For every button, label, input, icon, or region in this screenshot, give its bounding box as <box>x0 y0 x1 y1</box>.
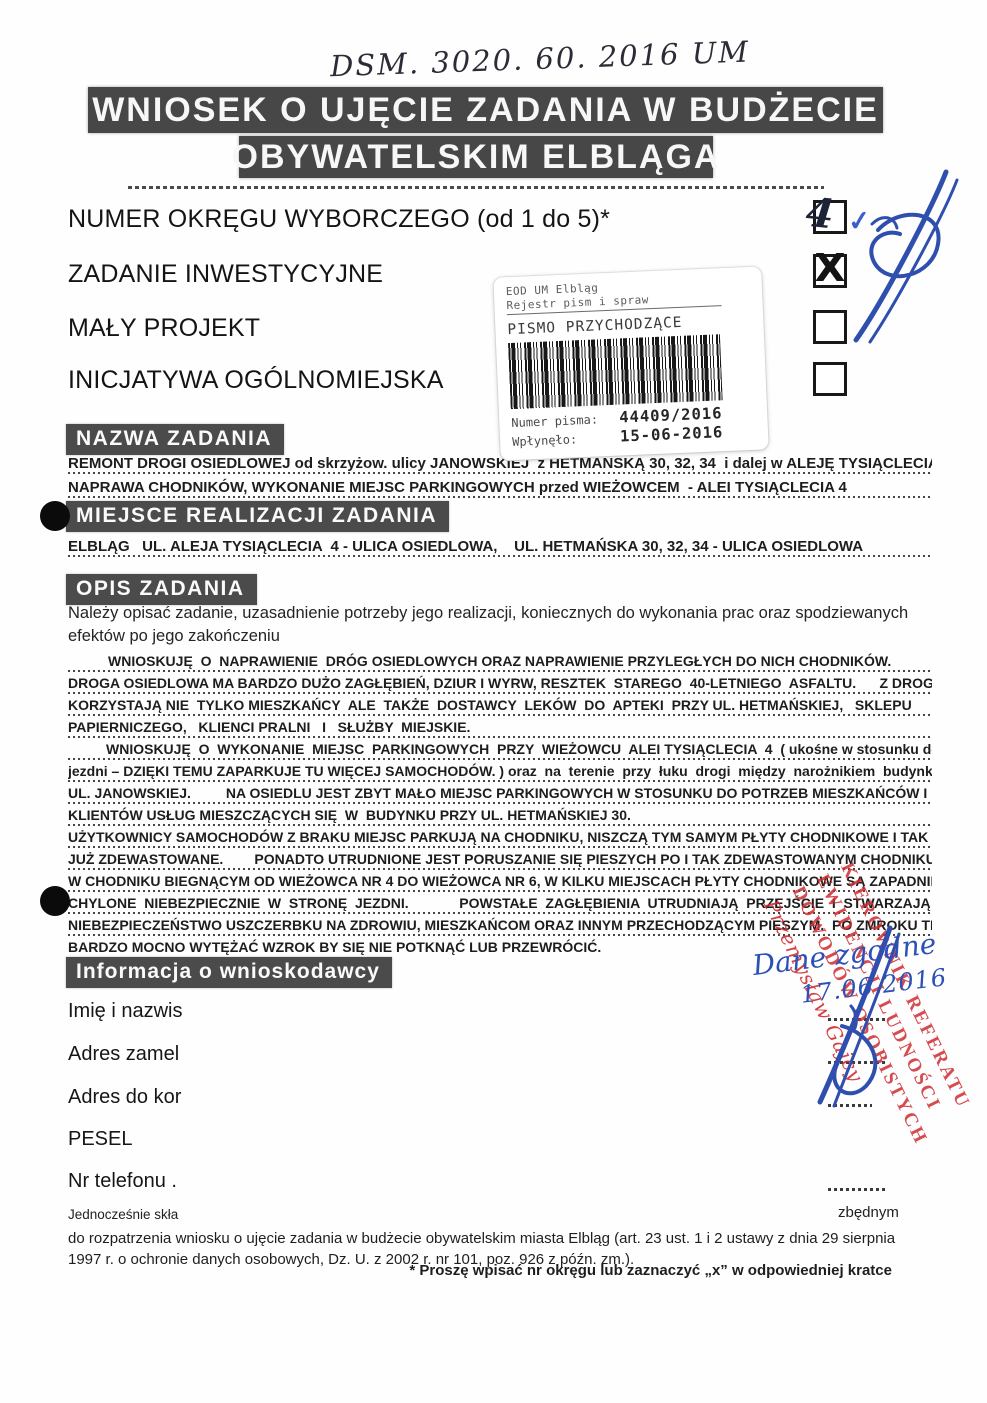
hole-punch-dot <box>40 501 70 531</box>
section-header-opis-zadania: OPIS ZADANIA <box>66 574 257 605</box>
footer-footnote: * Proszę wpisać nr okręgu lub zaznaczyć … <box>300 1262 892 1279</box>
title-separator-line <box>128 186 824 189</box>
opis-hint-line1: Należy opisać zadanie, uzasadnienie potr… <box>68 604 932 623</box>
registration-sticker: EOD UM Elbląg Rejestr pism i spraw PISMO… <box>493 266 768 460</box>
field-label-nr-telefonu: Nr telefonu . <box>68 1170 177 1193</box>
opis-line: JUŻ ZDEWASTOWANE. PONADTO UTRUDNIONE JES… <box>68 849 932 870</box>
field-label-adres-zameldowania: Adres zamel <box>68 1043 179 1066</box>
checkbox-x-mark: X <box>812 248 848 288</box>
section-header-nazwa-zadania: NAZWA ZADANIA <box>66 424 284 455</box>
form-title-line2: OBYWATELSKIM ELBLĄGA <box>239 136 713 178</box>
opis-hint-line2: efektów po jego zakończeniu <box>68 627 932 646</box>
blue-check-mark-icon: ✓ <box>846 205 872 238</box>
opis-line: PAPIERNICZEGO, KLIENCI PRALNI I SŁUŻBY M… <box>68 717 932 738</box>
nazwa-line: NAPRAWA CHODNIKÓW, WYKONANIE MIEJSC PARK… <box>68 477 932 498</box>
opis-line: WNIOSKUJĘ O NAPRAWIENIE DRÓG OSIEDLOWYCH… <box>68 651 932 672</box>
sticker-wplynelo-value: 15-06-2016 <box>620 423 724 445</box>
option-label-maly-projekt: MAŁY PROJEKT <box>68 314 260 343</box>
opis-line: WNIOSKUJĘ O WYKONANIE MIEJSC PARKINGOWYC… <box>68 739 932 760</box>
option-label-inicjatywa-ogolnomiejska: INICJATYWA OGÓLNOMIEJSKA <box>68 366 444 395</box>
field-label-adres-korespondencji: Adres do kor <box>68 1086 181 1109</box>
opis-line: jezdni – DZIĘKI TEMU ZAPARKUJE TU WIĘCEJ… <box>68 761 932 782</box>
sticker-wplynelo-label: Wpłynęło: <box>512 431 620 450</box>
handwritten-case-reference: DSM. 3020. 60. 2016 UM <box>329 39 630 83</box>
footer-right-fragment: zbędnym <box>838 1204 899 1221</box>
hole-punch-dot <box>40 886 70 916</box>
option-label-numer-okregu: NUMER OKRĘGU WYBORCZEGO (od 1 do 5)* <box>68 205 610 234</box>
opis-line: DROGA OSIEDLOWA MA BARDZO DUŻO ZAGŁĘBIEŃ… <box>68 673 932 694</box>
form-title-line1: WNIOSEK O UJĘCIE ZADANIA W BUDŻECIE <box>88 87 883 133</box>
miejsce-line: ELBLĄG UL. ALEJA TYSIĄCLECIA 4 - ULICA O… <box>68 536 932 557</box>
opis-line: KLIENTÓW USŁUG MIESZCZĄCYCH SIĘ W BUDYNK… <box>68 805 932 826</box>
opis-line: UŻYTKOWNICY SAMOCHODÓW Z BRAKU MIEJSC PA… <box>68 827 932 848</box>
nazwa-line: REMONT DROGI OSIEDLOWEJ od skrzyżow. uli… <box>68 453 932 474</box>
option-label-zadanie-inwestycyjne: ZADANIE INWESTYCYJNE <box>68 260 383 289</box>
section-header-miejsce-realizacji: MIEJSCE REALIZACJI ZADANIA <box>66 501 449 532</box>
checkbox-maly-projekt[interactable] <box>813 310 847 344</box>
barcode <box>508 334 723 409</box>
field-label-imie-nazwisko: Imię i nazwis <box>68 1000 182 1023</box>
checkbox-inicjatywa-ogolnomiejska[interactable] <box>813 362 847 396</box>
red-office-stamp: KIEROWNIK REFERATU EWIDENCJI LUDNOŚCI DO… <box>759 858 983 1162</box>
section-header-informacja-o-wnioskodawcy: Informacja o wnioskodawcy <box>66 957 392 988</box>
dotted-fill-line <box>828 1188 886 1191</box>
field-label-pesel: PESEL <box>68 1128 132 1151</box>
footer-left-fragment: Jednocześnie skła <box>68 1207 178 1222</box>
scanned-form-page: DSM. 3020. 60. 2016 UM WNIOSEK O UJĘCIE … <box>0 0 987 1403</box>
opis-line: KORZYSTAJĄ NIE TYLKO MIESZKAŃCY ALE TAKŻ… <box>68 695 932 716</box>
handwritten-district-number: 4 <box>804 189 837 239</box>
opis-line: UL. JANOWSKIEJ. NA OSIEDLU JEST ZBYT MAŁ… <box>68 783 932 804</box>
top-signature-scribble <box>856 172 957 342</box>
